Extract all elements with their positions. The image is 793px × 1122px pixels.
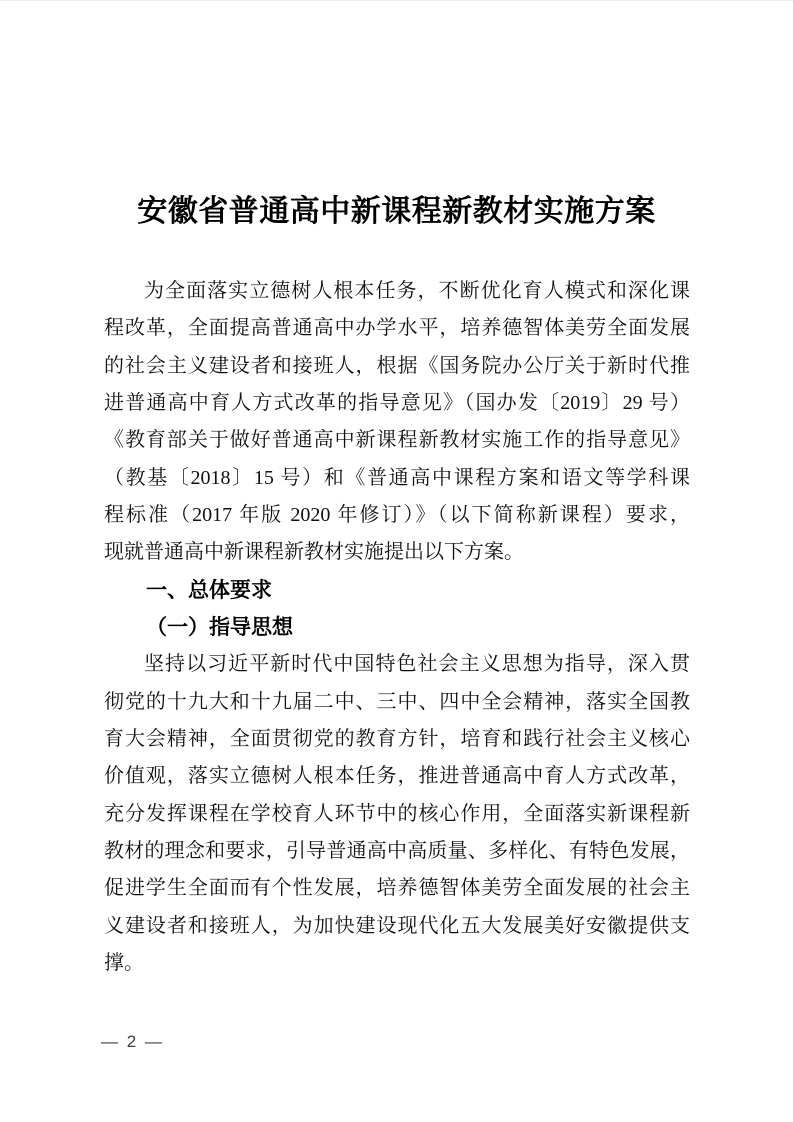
paragraph2-line: 促进学生全面而有个性发展，培养德智体美劳全面发展的社会主 — [104, 870, 690, 907]
paragraph2-line: 彻党的十九大和十九届二中、三中、四中全会精神，落实全国教 — [104, 684, 690, 721]
paragraph2-line: 价值观，落实立德树人根本任务，推进普通高中育人方式改革， — [104, 758, 690, 795]
paragraph1-line: 现就普通高中新课程新教材实施提出以下方案。 — [104, 534, 690, 571]
paragraph1-line: （教基〔2018〕15 号）和《普通高中课程方案和语文等学科课 — [104, 460, 690, 497]
document-page: 安徽省普通高中新课程新教材实施方案 为全面落实立德树人根本任务，不断优化育人模式… — [0, 0, 793, 1122]
paragraph2-line: 教材的理念和要求，引导普通高中高质量、多样化、有特色发展， — [104, 833, 690, 870]
paragraph1-line: 《教育部关于做好普通高中新课程新教材实施工作的指导意见》 — [104, 422, 690, 459]
paragraph2-line: 育大会精神，全面贯彻党的教育方针，培育和践行社会主义核心 — [104, 721, 690, 758]
paragraph1-line: 程改革，全面提高普通高中办学水平，培养德智体美劳全面发展 — [104, 310, 690, 347]
subsection-heading: （一）指导思想 — [104, 609, 690, 646]
paragraph2-line: 撑。 — [104, 945, 690, 982]
page-number: — 2 — — [101, 1032, 164, 1052]
paragraph2-line: 充分发挥课程在学校育人环节中的核心作用，全面落实新课程新 — [104, 796, 690, 833]
document-title: 安徽省普通高中新课程新教材实施方案 — [0, 186, 793, 230]
paragraph2-line: 义建设者和接班人，为加快建设现代化五大发展美好安徽提供支 — [104, 908, 690, 945]
paragraph1-line: 进普通高中育人方式改革的指导意见》（国办发〔2019〕29 号） — [104, 385, 690, 422]
document-body: 为全面落实立德树人根本任务，不断优化育人模式和深化课 程改革，全面提高普通高中办… — [104, 273, 690, 982]
paragraph1-line: 为全面落实立德树人根本任务，不断优化育人模式和深化课 — [104, 273, 690, 310]
paragraph2-line: 坚持以习近平新时代中国特色社会主义思想为指导，深入贯 — [104, 646, 690, 683]
paragraph1-line: 的社会主义建设者和接班人，根据《国务院办公厅关于新时代推 — [104, 348, 690, 385]
paragraph1-line: 程标准（2017 年版 2020 年修订）》（以下简称新课程）要求， — [104, 497, 690, 534]
section-heading: 一、总体要求 — [104, 572, 690, 609]
